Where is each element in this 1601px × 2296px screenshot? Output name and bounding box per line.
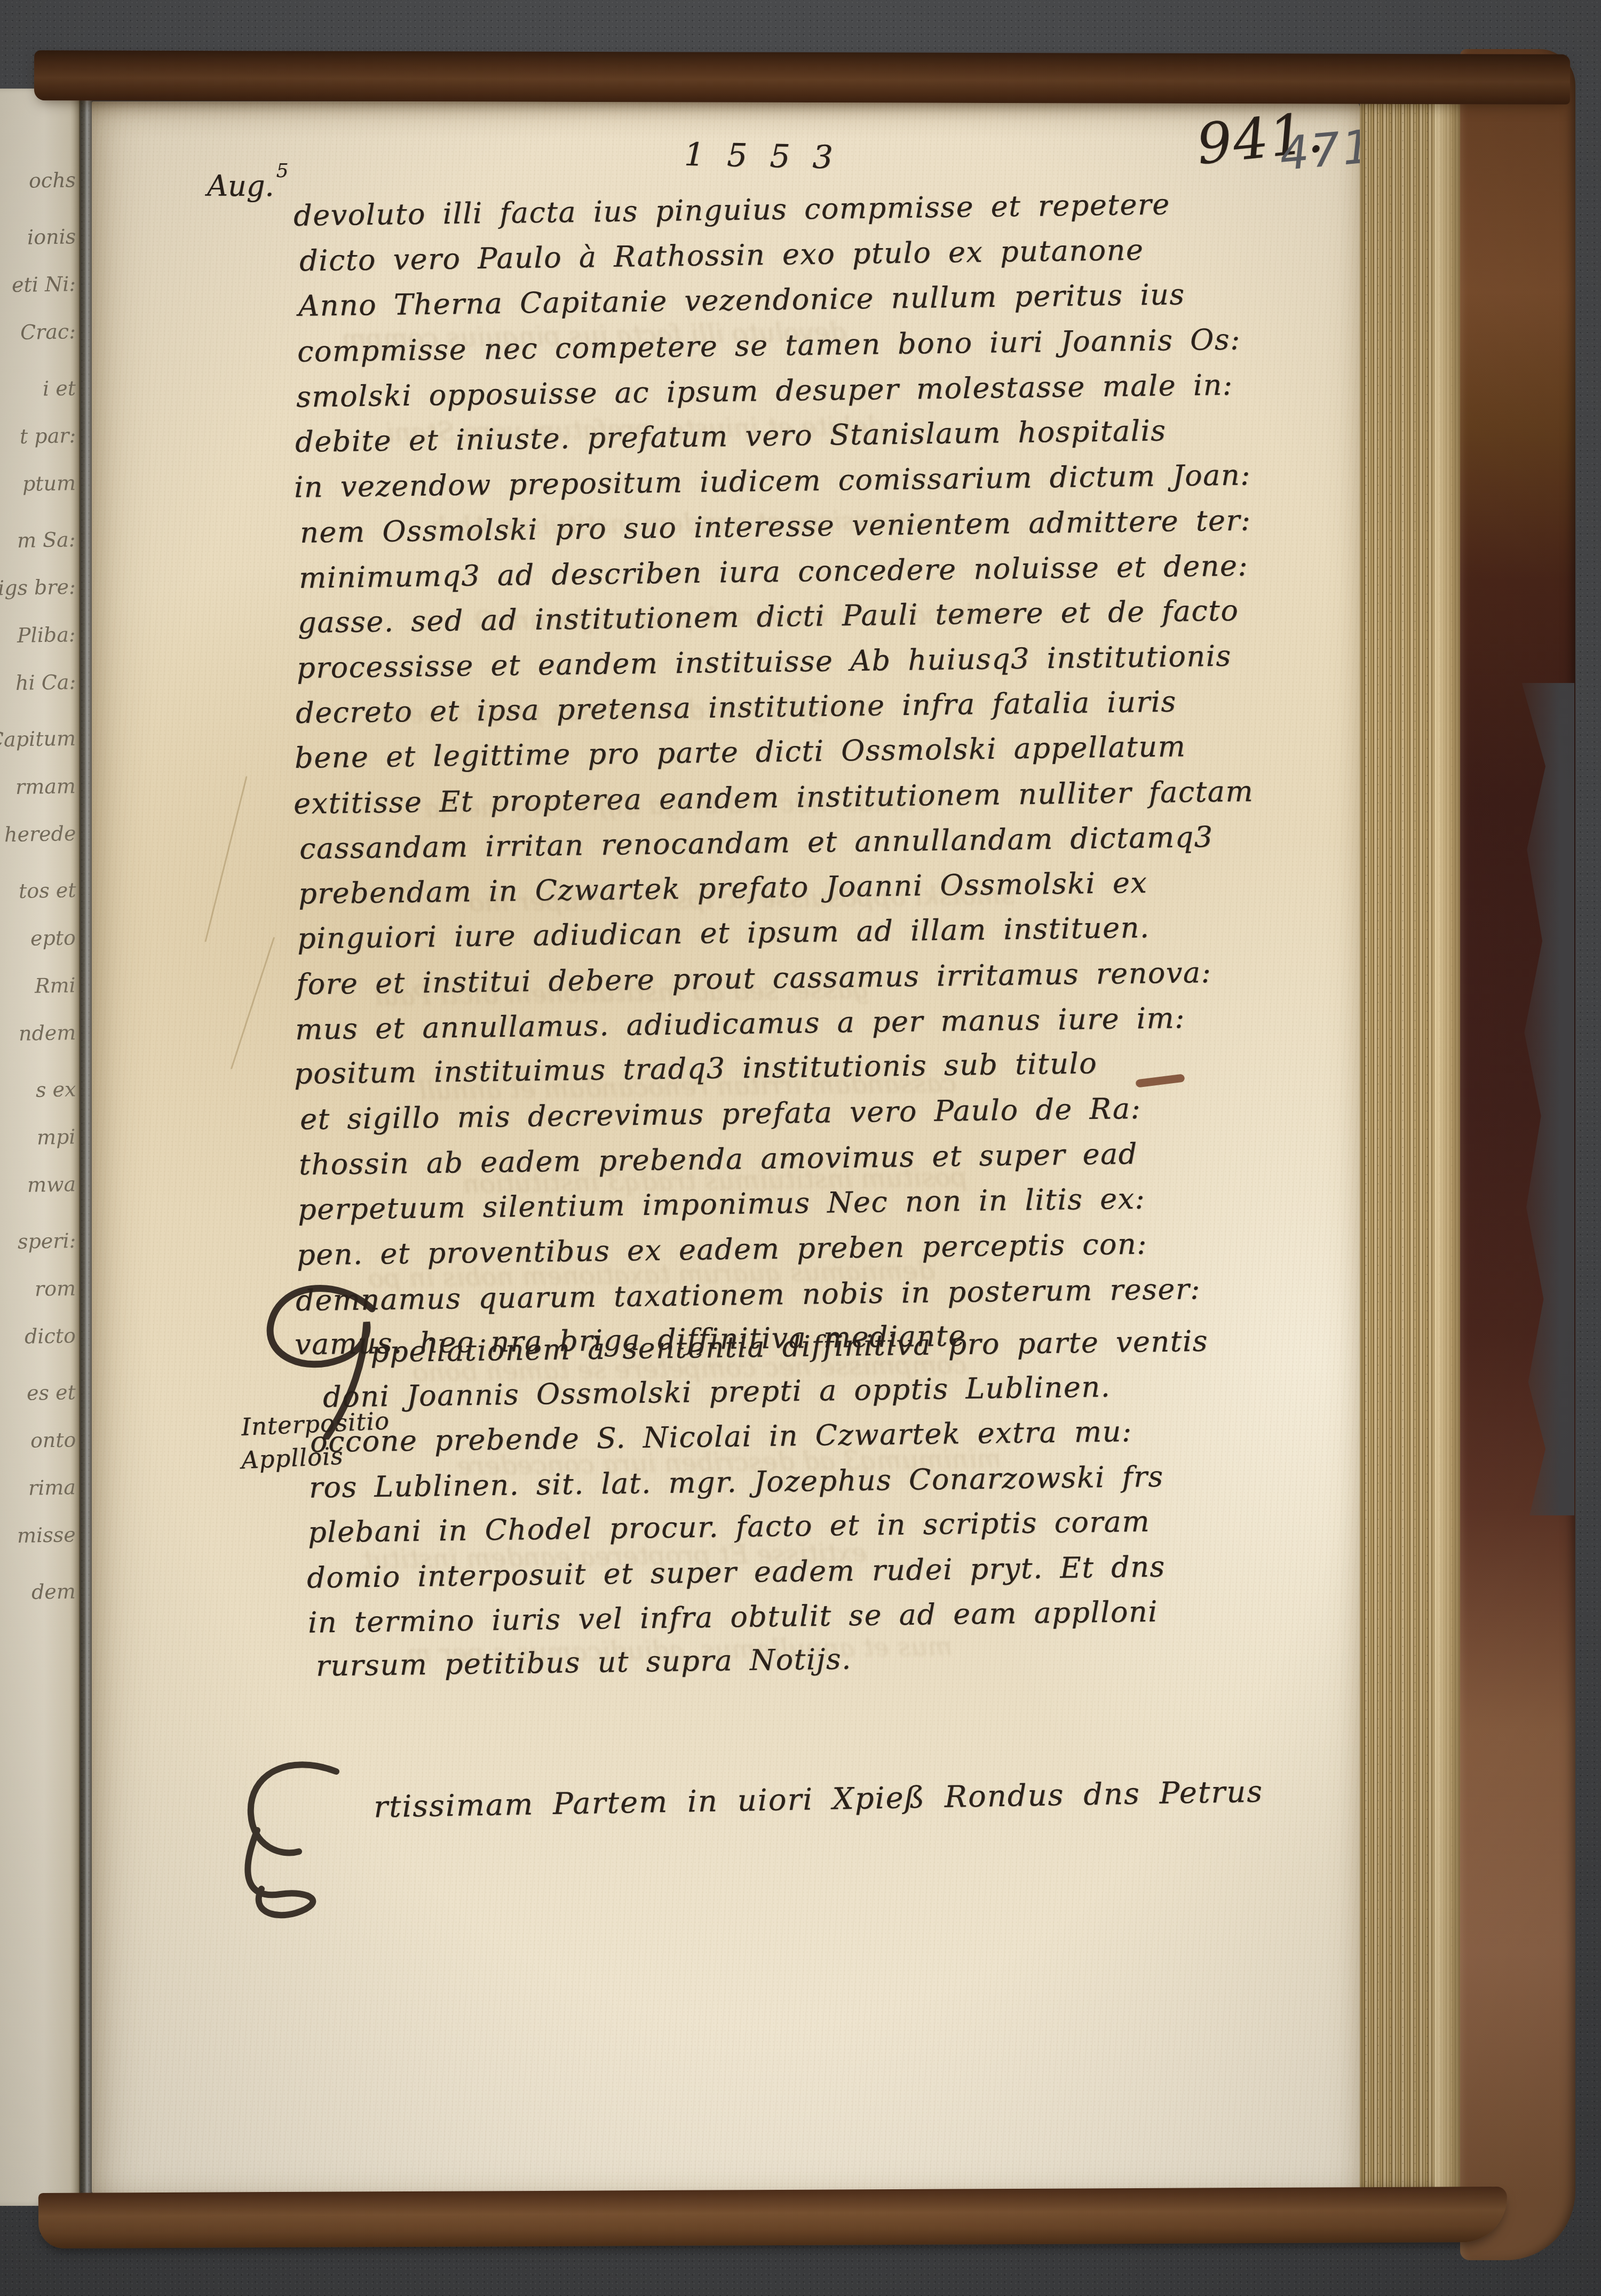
header-year: 1553 [684, 136, 855, 177]
rust-mark [1135, 1074, 1185, 1087]
leather-band-bottom [38, 2187, 1507, 2249]
manuscript-line: cassandam irritan renocandam et annullan… [299, 820, 1214, 865]
bleedthrough-ghost-line: et sigillo mis decrevimus prefata vero [380, 692, 882, 729]
manuscript-line: dicto vero Paulo à Rathossin exo ptulo e… [299, 233, 1144, 277]
manuscript-line: devoluto illi facta ius pinguius compmis… [294, 187, 1170, 232]
header-month-label: Aug.5 [207, 169, 286, 203]
day-superscript: 5 [276, 160, 289, 182]
manuscript-line: bene et legittime pro parte dicti Ossmol… [295, 729, 1186, 775]
month-text: Aug. [207, 169, 274, 203]
manuscript-scan: ochsioniseti Ni:Crac:i ett par:ptumm Sa:… [0, 0, 1601, 2296]
manuscript-line: smolski opposuisse ac ipsum desuper mole… [296, 368, 1233, 414]
manuscript-line: processisse et eandem instituisse Ab hui… [297, 639, 1232, 685]
leather-band-top [34, 50, 1570, 105]
manuscript-line: in vezendow prepositum iudicem comissari… [294, 458, 1251, 504]
manuscript-line: Anno Therna Capitanie vezendonice nullum… [298, 278, 1185, 323]
bleedthrough-ghost-line: vamus. hec nra briga diffinitiva media [424, 786, 929, 823]
manuscript-line: in termino iuris vel infra obtulit se ad… [308, 1595, 1159, 1640]
closing-line-text: rtissimam Partem in uiori Xpieß Rondus d… [374, 1774, 1264, 1824]
manuscript-line: minimumq3 ad describen iura concedere no… [299, 549, 1249, 594]
initial-letter-E-flourish [229, 1750, 358, 1921]
manuscript-line: pinguiori iure adiudican et ipsum ad ill… [297, 911, 1150, 956]
